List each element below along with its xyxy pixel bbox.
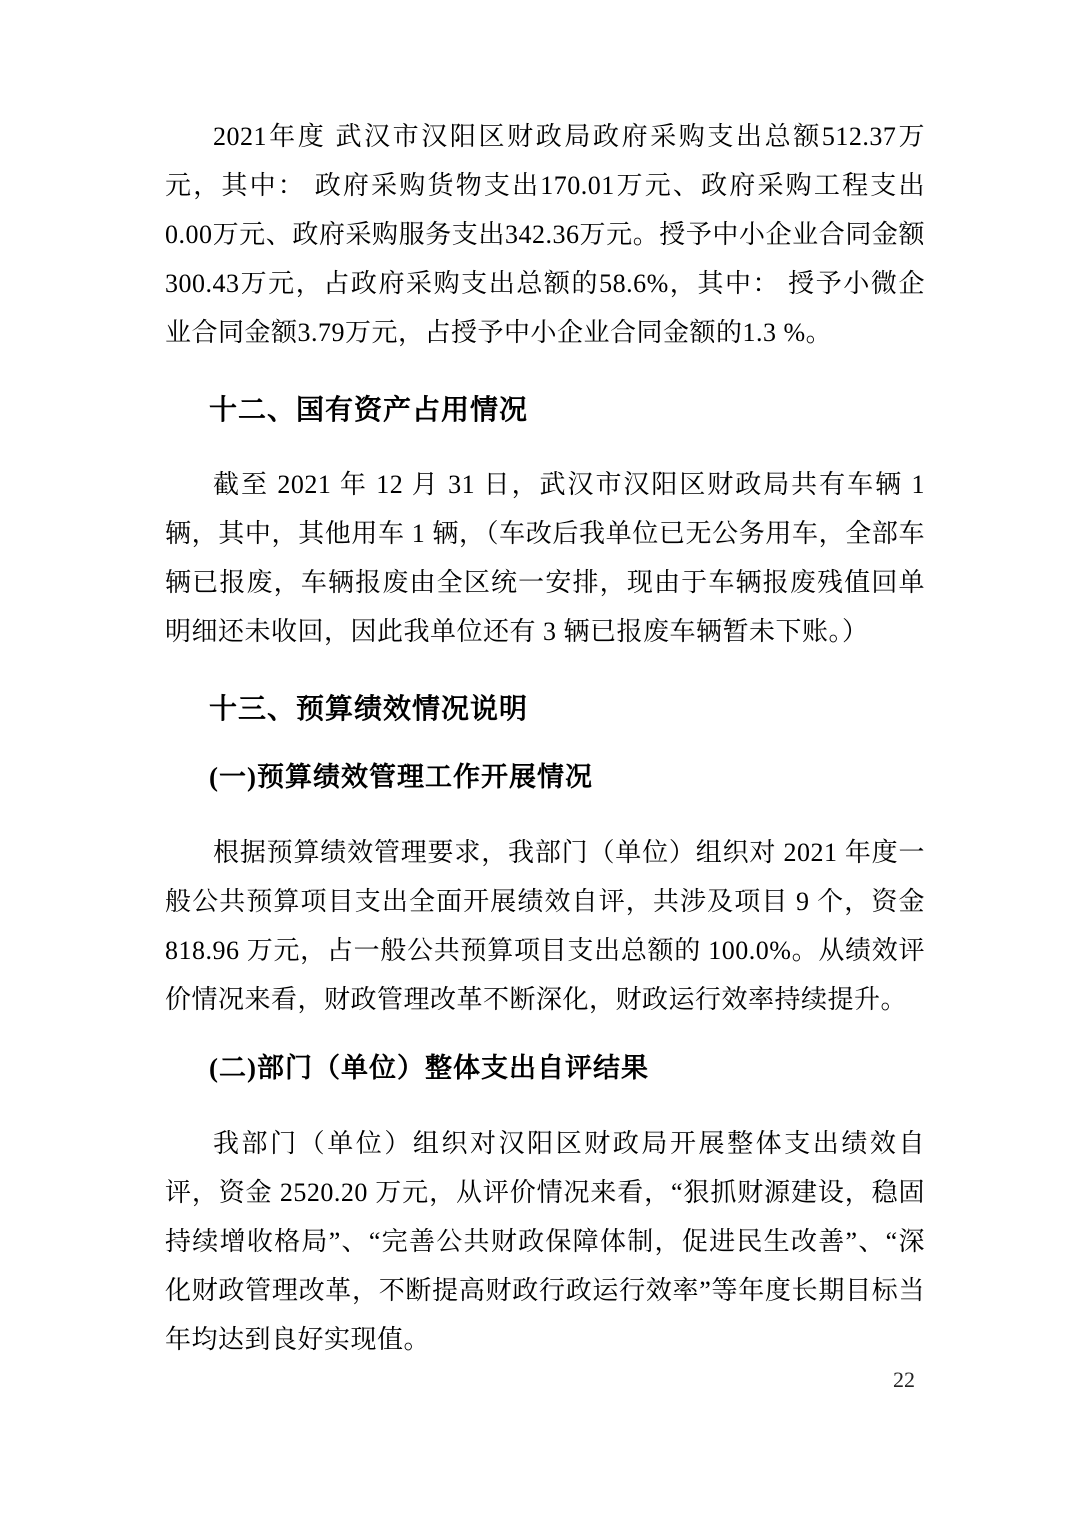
page-number: 22 — [165, 1366, 915, 1394]
subheading-1-performance-management: (一)预算绩效管理工作开展情况 — [165, 753, 925, 802]
subheading-2-overall-expenditure-result: (二)部门（单位）整体支出自评结果 — [165, 1044, 925, 1093]
paragraph-state-assets-vehicles: 截至 2021 年 12 月 31 日，武汉市汉阳区财政局共有车辆 1 辆，其中… — [165, 460, 925, 656]
paragraph-government-procurement: 2021年度 武汉市汉阳区财政局政府采购支出总额512.37万元，其中： 政府采… — [165, 112, 925, 357]
paragraph-overall-expenditure-self-eval: 我部门（单位）组织对汉阳区财政局开展整体支出绩效自评，资金 2520.20 万元… — [165, 1119, 925, 1364]
heading-section-13-budget-performance: 十三、预算绩效情况说明 — [165, 684, 925, 733]
heading-section-12-state-assets: 十二、国有资产占用情况 — [165, 385, 925, 434]
paragraph-performance-self-assessment: 根据预算绩效管理要求，我部门（单位）组织对 2021 年度一般公共预算项目支出全… — [165, 828, 925, 1024]
document-page: 2021年度 武汉市汉阳区财政局政府采购支出总额512.37万元，其中： 政府采… — [0, 0, 1075, 1520]
